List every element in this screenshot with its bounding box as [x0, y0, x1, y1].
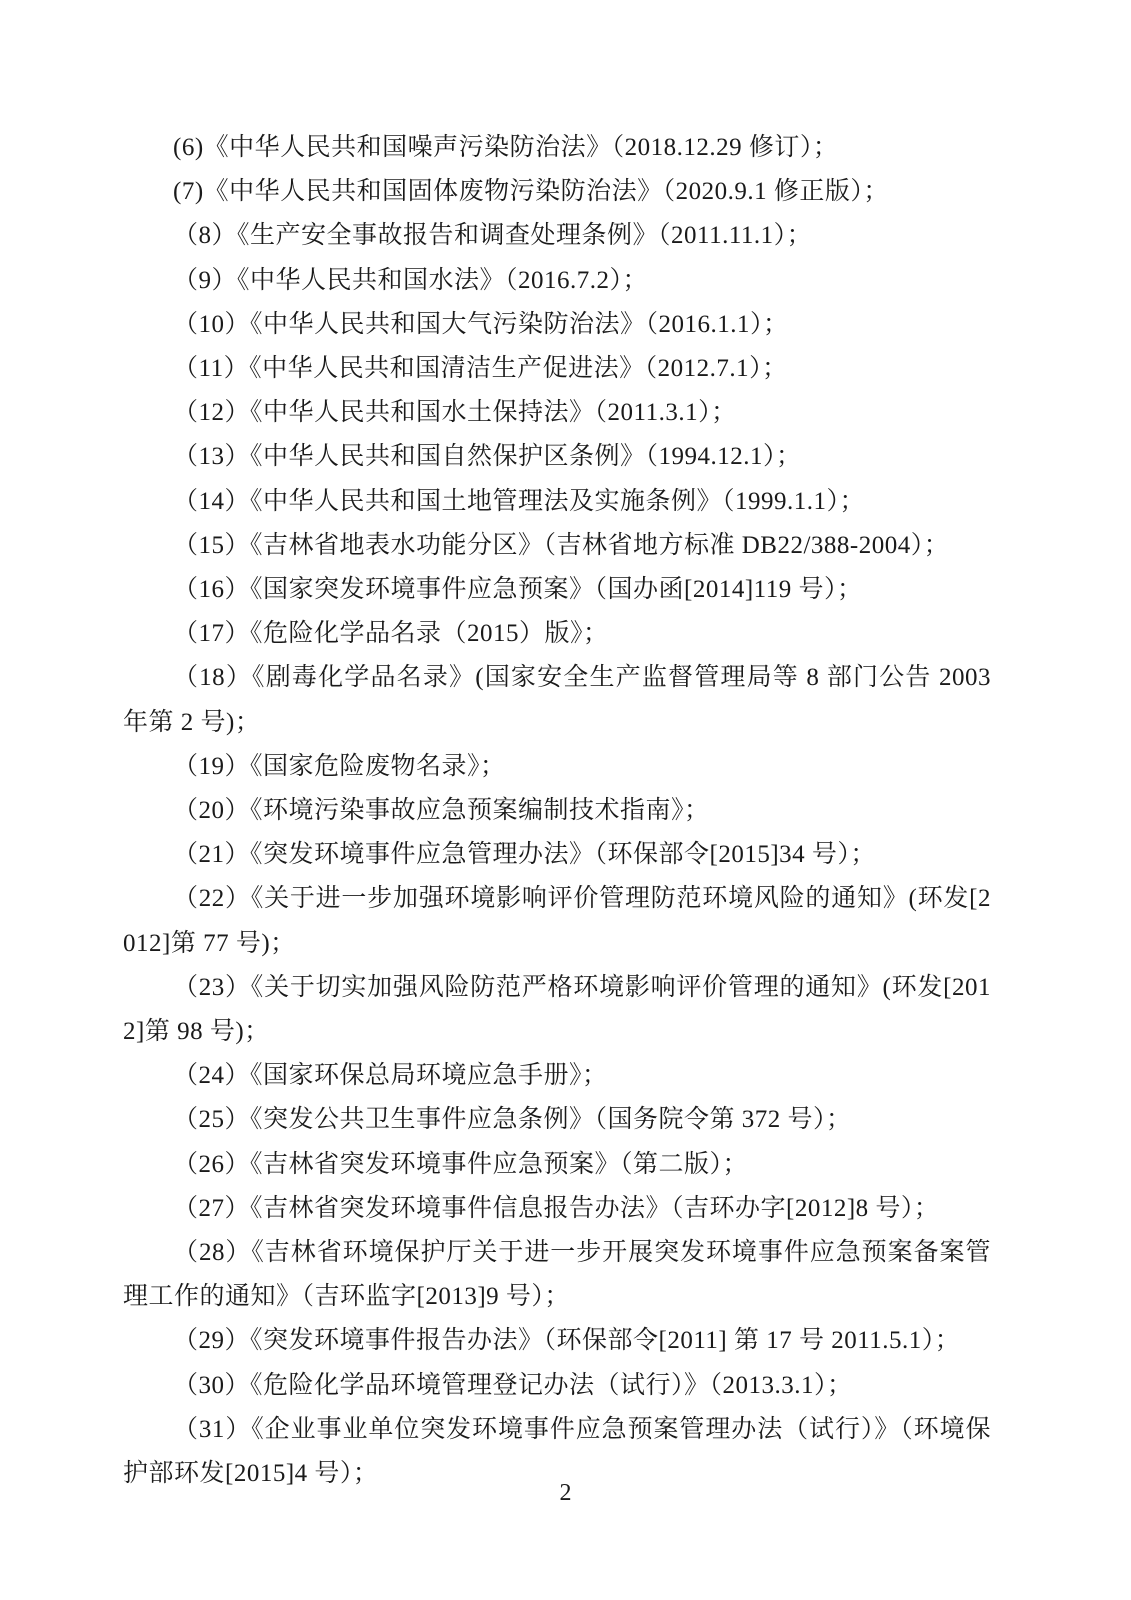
list-item: （12）《中华人民共和国水土保持法》（2011.3.1）； [123, 391, 991, 435]
list-item: （25）《突发公共卫生事件应急条例》（国务院令第 372 号）； [123, 1098, 991, 1142]
legal-reference-list: (6)《中华人民共和国噪声污染防治法》（2018.12.29 修订）； (7)《… [123, 126, 991, 1496]
list-item: （26）《吉林省突发环境事件应急预案》（第二版）； [123, 1143, 991, 1187]
list-item: （21）《突发环境事件应急管理办法》（环保部令[2015]34 号）； [123, 833, 991, 877]
list-item: （17）《危险化学品名录（2015）版》； [123, 612, 991, 656]
list-item: （9）《中华人民共和国水法》（2016.7.2）； [123, 259, 991, 303]
list-item: （19）《国家危险废物名录》； [123, 745, 991, 789]
list-item: (7)《中华人民共和国固体废物污染防治法》（2020.9.1 修正版）； [123, 170, 991, 214]
page-number: 2 [0, 1478, 1131, 1508]
list-item: （28）《吉林省环境保护厅关于进一步开展突发环境事件应急预案备案管理工作的通知》… [123, 1231, 991, 1319]
list-item: （27）《吉林省突发环境事件信息报告办法》（吉环办字[2012]8 号）； [123, 1187, 991, 1231]
list-item: （22）《关于进一步加强环境影响评价管理防范环境风险的通知》(环发[2012]第… [123, 877, 991, 965]
list-item: （16）《国家突发环境事件应急预案》（国办函[2014]119 号）； [123, 568, 991, 612]
list-item: （8）《生产安全事故报告和调查处理条例》（2011.11.1）； [123, 214, 991, 258]
list-item: （30）《危险化学品环境管理登记办法（试行）》（2013.3.1）； [123, 1364, 991, 1408]
list-item: （24）《国家环保总局环境应急手册》； [123, 1054, 991, 1098]
document-page: (6)《中华人民共和国噪声污染防治法》（2018.12.29 修订）； (7)《… [0, 0, 1131, 1600]
list-item: （15）《吉林省地表水功能分区》（吉林省地方标准 DB22/388-2004）； [123, 524, 991, 568]
list-item: （29）《突发环境事件报告办法》（环保部令[2011] 第 17 号 2011.… [123, 1319, 991, 1363]
list-item: （10）《中华人民共和国大气污染防治法》（2016.1.1）； [123, 303, 991, 347]
list-item: (6)《中华人民共和国噪声污染防治法》（2018.12.29 修订）； [123, 126, 991, 170]
list-item: （18）《剧毒化学品名录》(国家安全生产监督管理局等 8 部门公告 2003 年… [123, 656, 991, 744]
list-item: （20）《环境污染事故应急预案编制技术指南》； [123, 789, 991, 833]
list-item: （13）《中华人民共和国自然保护区条例》（1994.12.1）； [123, 435, 991, 479]
list-item: （23）《关于切实加强风险防范严格环境影响评价管理的通知》(环发[2012]第 … [123, 966, 991, 1054]
list-item: （14）《中华人民共和国土地管理法及实施条例》（1999.1.1）； [123, 480, 991, 524]
list-item: （11）《中华人民共和国清洁生产促进法》（2012.7.1）； [123, 347, 991, 391]
